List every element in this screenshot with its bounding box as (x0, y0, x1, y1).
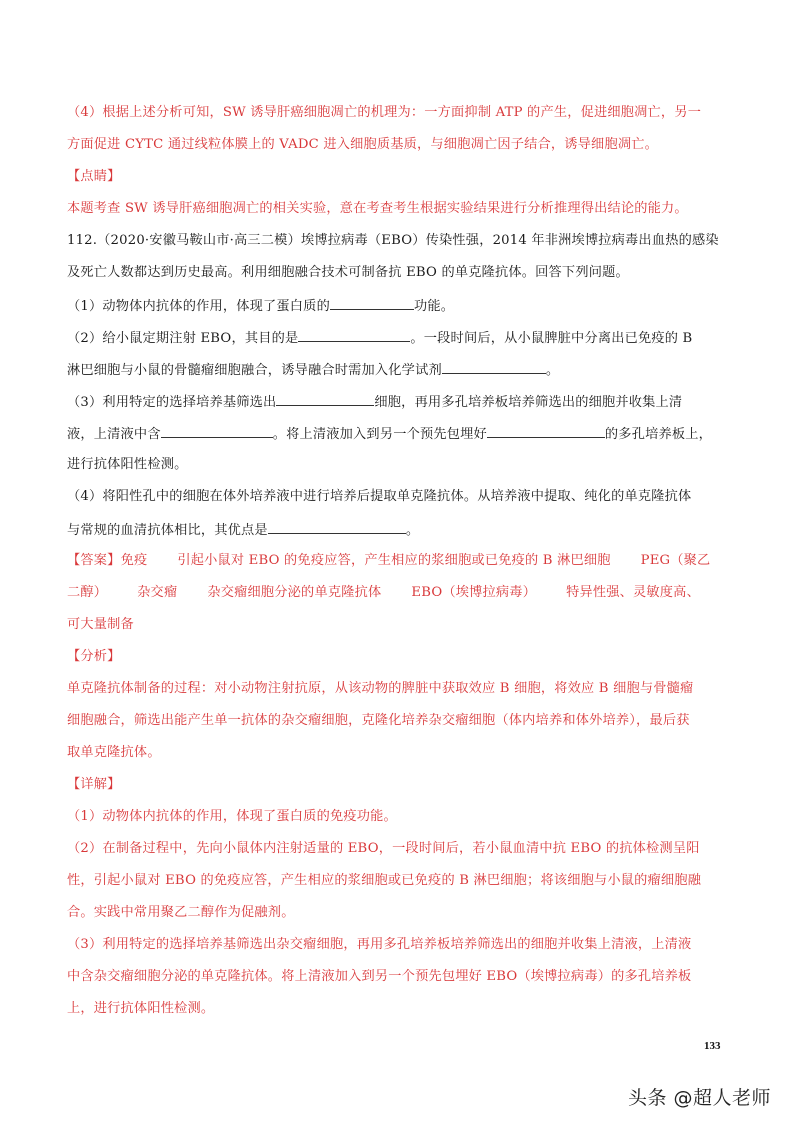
answer-item-2: 引起小鼠对 EBO 的免疫应答，产生相应的浆细胞或已免疫的 B 淋巴细胞 (177, 553, 610, 568)
page-number: 133 (704, 1040, 721, 1052)
answer-line2: 二醇）杂交瘤杂交瘤细胞分泌的单克隆抗体EBO（埃博拉病毒）特异性强、灵敏度高、 (67, 583, 700, 603)
q2-text-b: 。一段时间后，从小鼠脾脏中分离出已免疫的 B (410, 331, 692, 346)
question-part3-line1: （3）利用特定的选择培养基筛选出细胞，再用多孔培养板培养筛选出的细胞并收集上清 (67, 391, 682, 413)
q1-text-a: （1）动物体内抗体的作用，体现了蛋白质的 (67, 299, 330, 314)
prev-answer-part4-line2: 方面促进 CYTC 通过线粒体膜上的 VADC 进入细胞质基质，与细胞凋亡因子结… (67, 135, 658, 155)
q3-text-e: 的多孔培养板上， (605, 427, 712, 442)
question-part2-line2: 淋巴细胞与小鼠的骨髓瘤细胞融合，诱导融合时需加入化学试剂。 (67, 359, 559, 381)
prev-answer-part4-line1: （4）根据上述分析可知，SW 诱导肝癌细胞凋亡的机理为：一方面抑制 ATP 的产… (67, 103, 701, 123)
answer-line1: 【答案】免疫引起小鼠对 EBO 的免疫应答，产生相应的浆细胞或已免疫的 B 淋巴… (67, 551, 710, 571)
q2-blank-1[interactable] (298, 327, 410, 342)
comment-text: 本题考查 SW 诱导肝癌细胞凋亡的相关实验，意在考查考生根据实验结果进行分析推理… (67, 199, 688, 219)
answer-item-5: 杂交瘤细胞分泌的单克隆抗体 (207, 585, 381, 600)
detail-part3-line1: （3）利用特定的选择培养基筛选出杂交瘤细胞，再用多孔培养板培养筛选出的细胞并收集… (67, 935, 691, 955)
detail-part2-line2: 性，引起小鼠对 EBO 的免疫应答，产生相应的浆细胞或已免疫的 B 淋巴细胞；将… (67, 871, 701, 891)
answer-item-7: 特异性强、灵敏度高、 (566, 585, 700, 600)
q1-blank[interactable] (330, 295, 414, 310)
detail-heading: 【详解】 (67, 775, 121, 795)
q4-text-b: 与常规的血清抗体相比，其优点是 (67, 523, 268, 538)
question-part4-line2: 与常规的血清抗体相比，其优点是。 (67, 519, 419, 541)
q4-text-c: 。 (406, 523, 419, 538)
analysis-line3: 取单克隆抗体。 (67, 743, 161, 763)
comment-heading: 【点睛】 (67, 167, 121, 187)
q3-blank-1[interactable] (276, 391, 374, 406)
question-part2-line1: （2）给小鼠定期注射 EBO，其目的是。一段时间后，从小鼠脾脏中分离出已免疫的 … (67, 327, 692, 349)
analysis-line2: 细胞融合，筛选出能产生单一抗体的杂交瘤细胞，克隆化培养杂交瘤细胞（体内培养和体外… (67, 711, 690, 731)
question-part3-line2: 液，上清液中含。将上清液加入到另一个预先包埋好的多孔培养板上， (67, 423, 712, 445)
question-part1: （1）动物体内抗体的作用，体现了蛋白质的功能。 (67, 295, 454, 317)
q3-blank-3[interactable] (487, 423, 605, 438)
answer-item-4: 杂交瘤 (137, 585, 177, 600)
detail-part2-line1: （2）在制备过程中，先向小鼠体内注射适量的 EBO，一段时间后，若小鼠血清中抗 … (67, 839, 700, 859)
document-page: （4）根据上述分析可知，SW 诱导肝癌细胞凋亡的机理为：一方面抑制 ATP 的产… (0, 0, 794, 1123)
detail-part3-line2: 中含杂交瘤细胞分泌的单克隆抗体。将上清液加入到另一个预先包埋好 EBO（埃博拉病… (67, 967, 691, 987)
q3-text-d: 。将上清液加入到另一个预先包埋好 (273, 427, 487, 442)
question-line1: 112.（2020·安徽马鞍山市·高三二模）埃博拉病毒（EBO）传染性强，201… (67, 231, 719, 251)
q2-text-a: （2）给小鼠定期注射 EBO，其目的是 (67, 331, 298, 346)
analysis-heading: 【分析】 (67, 647, 121, 667)
question-line2: 及死亡人数都达到历史最高。利用细胞融合技术可制备抗 EBO 的单克隆抗体。回答下… (67, 263, 629, 283)
q3-text-a: （3）利用特定的选择培养基筛选出 (67, 395, 276, 410)
q2-blank-2[interactable] (442, 359, 546, 374)
answer-heading: 【答案】 (67, 553, 121, 568)
analysis-line1: 单克隆抗体制备的过程：对小动物注射抗原，从该动物的脾脏中获取效应 B 细胞，将效… (67, 679, 693, 699)
detail-part2-line3: 合。实践中常用聚乙二醇作为促融剂。 (67, 903, 295, 923)
q3-text-c: 液，上清液中含 (67, 427, 161, 442)
q2-text-c: 淋巴细胞与小鼠的骨髓瘤细胞融合，诱导融合时需加入化学试剂 (67, 363, 442, 378)
answer-item-3: PEG（聚乙 (641, 553, 711, 568)
q2-text-d: 。 (546, 363, 559, 378)
answer-item-3b: 二醇） (67, 585, 107, 600)
q4-blank[interactable] (268, 519, 406, 534)
answer-item-6: EBO（埃博拉病毒） (411, 585, 536, 600)
q3-text-b: 细胞，再用多孔培养板培养筛选出的细胞并收集上清 (374, 395, 682, 410)
q3-blank-2[interactable] (161, 423, 273, 438)
question-part4-line1: （4）将阳性孔中的细胞在体外培养液中进行培养后提取单克隆抗体。从培养液中提取、纯… (67, 487, 691, 507)
answer-line3: 可大量制备 (67, 615, 134, 635)
answer-item-1: 免疫 (121, 553, 148, 568)
question-part3-line3: 进行抗体阳性检测。 (67, 455, 188, 475)
watermark: 头条 @超人老师 (628, 1083, 771, 1110)
detail-part1: （1）动物体内抗体的作用，体现了蛋白质的免疫功能。 (67, 807, 397, 827)
q1-text-b: 功能。 (414, 299, 454, 314)
detail-part3-line3: 上，进行抗体阳性检测。 (67, 999, 214, 1019)
